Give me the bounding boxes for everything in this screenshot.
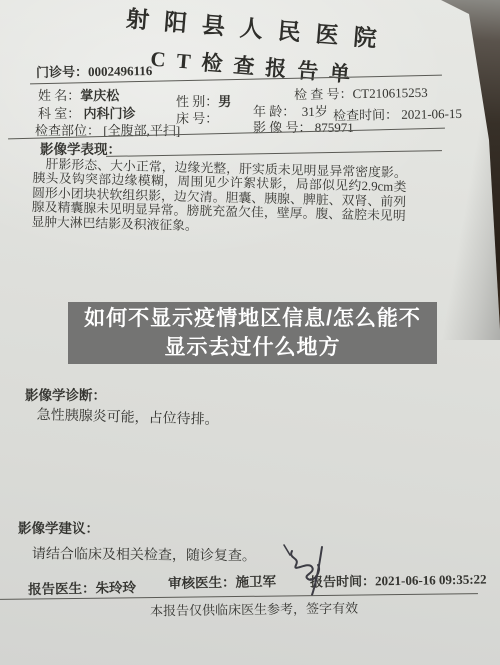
diagnosis-label: 影像学诊断： (25, 384, 106, 404)
findings-text: 肝影形态、大小正常，边缘光整，肝实质未见明显异常密度影。胰头及钩突部边缘模糊，周… (31, 157, 407, 238)
field-exam-no: 检 查 号：CT210615253 (294, 82, 428, 103)
field-image-no-value: 875971 (315, 120, 354, 135)
caption-overlay: 如何不显示疫情地区信息/怎么能不 显示去过什么地方 (68, 302, 437, 364)
review-doctor: 审核医生：施卫军 (168, 570, 276, 592)
field-bed: 床 号： (176, 108, 218, 127)
field-exam-no-label: 检 查 号： (294, 86, 353, 102)
outpatient-number-row: 门诊号：0002496116 (36, 60, 153, 81)
advice-text: 请结合临床及相关检查，随诊复查。 (32, 543, 256, 565)
outpatient-number-value: 0002496116 (88, 63, 153, 79)
report-doctor-value: 朱玲玲 (95, 580, 136, 596)
report-time: 报告时间：2021-06-16 09:35:22 (310, 568, 487, 590)
signature-scribble (278, 543, 336, 599)
review-doctor-label: 审核医生： (168, 575, 236, 591)
diagnosis-text: 急性胰腺炎可能，占位待排。 (36, 404, 218, 429)
field-exam-time-value: 2021-06-15 (401, 106, 462, 122)
report-doctor: 报告医生：朱玲玲 (28, 576, 136, 598)
review-doctor-value: 施卫军 (235, 574, 276, 590)
field-gender-value: 男 (218, 94, 231, 109)
advice-label: 影像学建议： (18, 517, 99, 537)
caption-line1: 如何不显示疫情地区信息/怎么能不 (68, 304, 437, 333)
report-doctor-label: 报告医生： (28, 581, 96, 597)
field-name-label: 姓 名： (38, 88, 80, 103)
field-bed-label: 床 号： (176, 111, 218, 126)
photo-background: 射阳县人民医院 CT检查报告单 门诊号：0002496116 姓 名：掌庆松 性… (0, 0, 500, 665)
field-dept-label: 科 室： (38, 106, 80, 121)
field-gender-label: 性 别： (176, 94, 218, 109)
findings-underline (106, 150, 442, 157)
field-dept-value: 内科门诊 (84, 106, 136, 121)
field-name-value: 掌庆松 (80, 88, 119, 103)
caption-line2: 显示去过什么地方 (68, 333, 437, 362)
footer-disclaimer: 本报告仅供临床医生参考，签字有效 (150, 598, 358, 620)
report-time-value: 2021-06-16 09:35:22 (375, 571, 487, 588)
field-name: 姓 名：掌庆松 (38, 85, 119, 104)
field-exam-no-value: CT210615253 (352, 85, 427, 101)
outpatient-number-label: 门诊号： (36, 64, 88, 80)
field-image-no: 影 像 号： 875971 (253, 117, 354, 136)
